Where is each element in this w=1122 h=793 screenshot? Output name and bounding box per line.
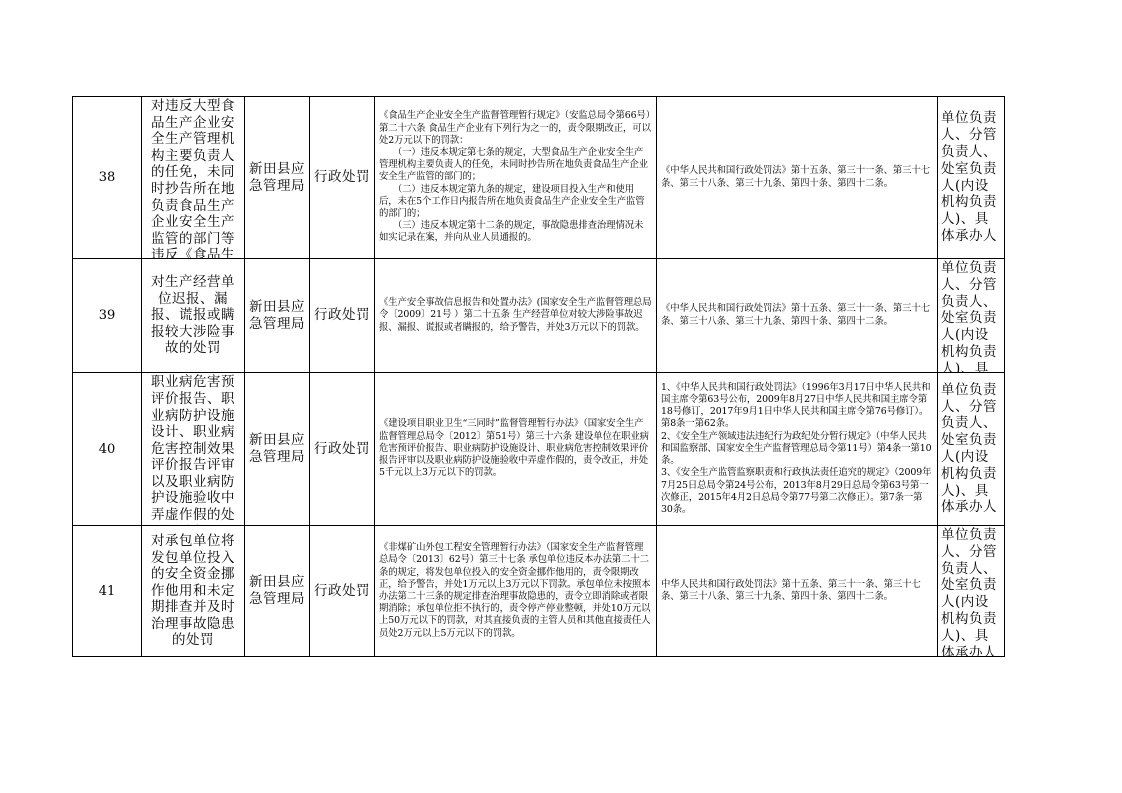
row-number: 40 xyxy=(73,442,141,457)
row-number-cell: 38 xyxy=(73,97,142,259)
row-number: 39 xyxy=(73,308,141,323)
department-cell: 新田县应急管理局 xyxy=(245,526,310,657)
department-cell: 新田县应急管理局 xyxy=(245,373,310,526)
item-name-cell: 对违反大型食品生产企业安全生产管理机构主要负责人的任免，未同时抄告所在地负责食品… xyxy=(142,97,245,259)
basis-cell: 《生产安全事故信息报告和处置办法》(国家安全生产监督管理总局令〔2009〕21号… xyxy=(375,259,657,373)
power-type-cell: 行政处罚 xyxy=(310,97,375,259)
item-name: 对生产经营单位迟报、漏报、谎报或瞒报较大涉险事故的处罚 xyxy=(145,274,241,357)
table-row: 40 对建设单位在职业病危害预评价报告、职业病防护设施设计、职业病危害控制效果评… xyxy=(73,373,1005,526)
basis-cell: 《非煤矿山外包工程安全管理暂行办法》（国家安全生产监督管理总局令〔2013〕62… xyxy=(375,526,657,657)
department-cell: 新田县应急管理局 xyxy=(245,97,310,259)
power-type: 行政处罚 xyxy=(310,169,374,186)
row-number: 41 xyxy=(73,584,141,599)
row-number-cell: 39 xyxy=(73,259,142,373)
power-type: 行政处罚 xyxy=(310,307,374,324)
table-row: 39 对生产经营单位迟报、漏报、谎报或瞒报较大涉险事故的处罚 新田县应急管理局 … xyxy=(73,259,1005,373)
department: 新田县应急管理局 xyxy=(245,574,309,608)
responsible-cell: 单位负责人、分管负责人、处室负责人(内设机构负责人)、具体承办人 xyxy=(938,259,1005,373)
item-name: 对承包单位将发包单位投入的安全资金挪作他用和未定期排查并及时治理事故隐患的处罚 xyxy=(145,533,241,649)
item-name-cell: 对建设单位在职业病危害预评价报告、职业病防护设施设计、职业病危害控制效果评价报告… xyxy=(142,373,245,526)
item-name: 对建设单位在职业病危害预评价报告、职业病防护设施设计、职业病危害控制效果评价报告… xyxy=(145,373,241,525)
responsible-cell: 单位负责人、分管负责人、处室负责人(内设机构负责人)、具体承办人 xyxy=(938,97,1005,259)
item-name-cell: 对承包单位将发包单位投入的安全资金挪作他用和未定期排查并及时治理事故隐患的处罚 xyxy=(142,526,245,657)
legal-text: 《中华人民共和国行政处罚法》第十五条、第三十一条、第三十七条、第三十八条、第三十… xyxy=(661,165,933,189)
legal-text: 1、《中华人民共和国行政处罚法》（1996年3月17日中华人民共和国主席令第63… xyxy=(661,382,933,516)
responsible-text: 单位负责人、分管负责人、处室负责人(内设机构负责人)、具体承办人 xyxy=(941,382,1002,516)
power-type: 行政处罚 xyxy=(310,441,374,458)
power-type: 行政处罚 xyxy=(310,583,374,600)
power-type-cell: 行政处罚 xyxy=(310,259,375,373)
basis-cell: 《建设项目职业卫生“三同时”监督管理暂行办法》（国家安全生产监督管理总局令〔20… xyxy=(375,373,657,526)
basis-text: 《生产安全事故信息报告和处置办法》(国家安全生产监督管理总局令〔2009〕21号… xyxy=(379,297,652,334)
responsible-text: 单位负责人、分管负责人、处室负责人(内设机构负责人)、具体承办人 xyxy=(941,110,1002,244)
legal-cell: 中华人民共和国行政处罚法》第十五条、第三十一条、第三十七条、第三十八条、第三十九… xyxy=(657,526,938,657)
basis-text: 《非煤矿山外包工程安全管理暂行办法》（国家安全生产监督管理总局令〔2013〕62… xyxy=(379,542,652,640)
department: 新田县应急管理局 xyxy=(245,432,309,466)
legal-cell: 《中华人民共和国行政处罚法》第十五条、第三十一条、第三十七条、第三十八条、第三十… xyxy=(657,259,938,373)
item-name-cell: 对生产经营单位迟报、漏报、谎报或瞒报较大涉险事故的处罚 xyxy=(142,259,245,373)
basis-text: 《食品生产企业安全生产监督管理暂行规定》（安监总局令第66号）第二十六条 食品生… xyxy=(379,110,652,244)
legal-text: 《中华人民共和国行政处罚法》第十五条、第三十一条、第三十七条、第三十八条、第三十… xyxy=(661,303,933,327)
item-name: 对违反大型食品生产企业安全生产管理机构主要负责人的任免，未同时抄告所在地负责食品… xyxy=(145,98,241,258)
department: 新田县应急管理局 xyxy=(245,299,309,333)
power-list-table: 38 对违反大型食品生产企业安全生产管理机构主要负责人的任免，未同时抄告所在地负… xyxy=(72,96,1005,657)
legal-text: 中华人民共和国行政处罚法》第十五条、第三十一条、第三十七条、第三十八条、第三十九… xyxy=(661,579,933,603)
department: 新田县应急管理局 xyxy=(245,161,309,195)
power-type-cell: 行政处罚 xyxy=(310,526,375,657)
responsible-cell: 单位负责人、分管负责人、处室负责人(内设机构负责人)、具体承办人 xyxy=(938,373,1005,526)
basis-cell: 《食品生产企业安全生产监督管理暂行规定》（安监总局令第66号）第二十六条 食品生… xyxy=(375,97,657,259)
legal-cell: 1、《中华人民共和国行政处罚法》（1996年3月17日中华人民共和国主席令第63… xyxy=(657,373,938,526)
responsible-text: 单位负责人、分管负责人、处室负责人(内设机构负责人)、具体承办人 xyxy=(941,260,1002,372)
table-row: 38 对违反大型食品生产企业安全生产管理机构主要负责人的任免，未同时抄告所在地负… xyxy=(73,97,1005,259)
row-number-cell: 40 xyxy=(73,373,142,526)
responsible-cell: 单位负责人、分管负责人、处室负责人(内设机构负责人)、具体承办人 xyxy=(938,526,1005,657)
power-type-cell: 行政处罚 xyxy=(310,373,375,526)
row-number: 38 xyxy=(73,170,141,185)
legal-cell: 《中华人民共和国行政处罚法》第十五条、第三十一条、第三十七条、第三十八条、第三十… xyxy=(657,97,938,259)
table-row: 41 对承包单位将发包单位投入的安全资金挪作他用和未定期排查并及时治理事故隐患的… xyxy=(73,526,1005,657)
row-number-cell: 41 xyxy=(73,526,142,657)
basis-text: 《建设项目职业卫生“三同时”监督管理暂行办法》（国家安全生产监督管理总局令〔20… xyxy=(379,418,652,479)
responsible-text: 单位负责人、分管负责人、处室负责人(内设机构负责人)、具体承办人 xyxy=(941,527,1002,656)
department-cell: 新田县应急管理局 xyxy=(245,259,310,373)
